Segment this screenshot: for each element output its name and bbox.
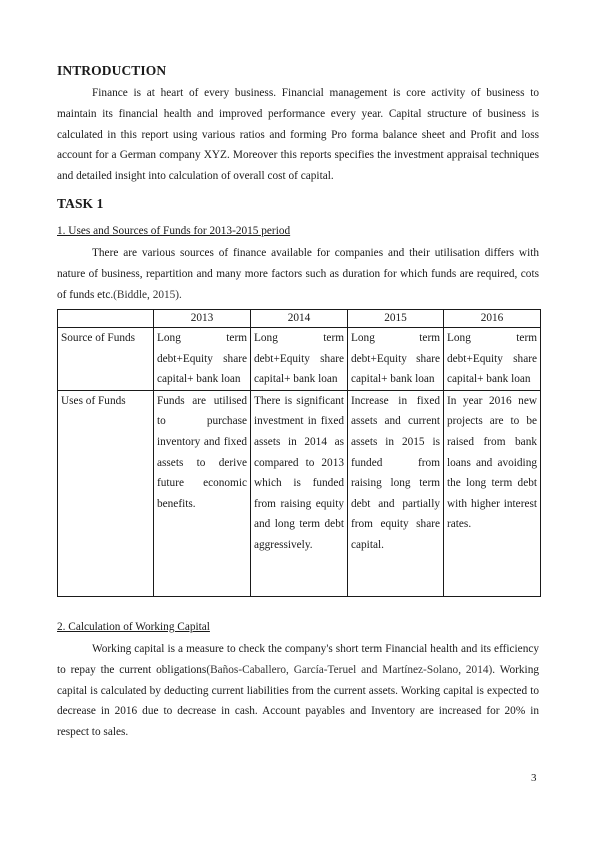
funds-table: 2013 2014 2015 2016 Source of Funds Long…	[57, 309, 541, 597]
introduction-heading: INTRODUCTION	[57, 63, 166, 79]
section1-title: 1. Uses and Sources of Funds for 2013-20…	[57, 225, 290, 237]
table-cell: Long term debt+Equity share capital+ ban…	[444, 328, 541, 391]
table-cell: Long term debt+Equity share capital+ ban…	[154, 328, 251, 391]
row-label: Source of Funds	[58, 328, 154, 391]
table-header-cell	[58, 310, 154, 328]
table-header-cell: 2016	[444, 310, 541, 328]
introduction-paragraph: Finance is at heart of every business. F…	[57, 83, 539, 187]
table-header-cell: 2014	[251, 310, 348, 328]
section2-paragraph: Working capital is a measure to check th…	[57, 639, 539, 743]
table-header-cell: 2015	[348, 310, 444, 328]
citation: (Biddle, 2015).	[113, 289, 182, 301]
table-cell: Long term debt+Equity share capital+ ban…	[251, 328, 348, 391]
table-cell: Increase in fixed assets and current ass…	[348, 390, 444, 596]
table-row: Source of Funds Long term debt+Equity sh…	[58, 328, 541, 391]
table-cell: Funds are utilised to purchase inventory…	[154, 390, 251, 596]
table-cell: There is significant investment in fixed…	[251, 390, 348, 596]
citation: (Baños-Caballero, García-Teruel and Mart…	[206, 664, 492, 676]
row-label: Uses of Funds	[58, 390, 154, 596]
section2-title: 2. Calculation of Working Capital	[57, 621, 210, 633]
table-cell: In year 2016 new projects are to be rais…	[444, 390, 541, 596]
task1-heading: TASK 1	[57, 196, 104, 212]
section1-paragraph: There are various sources of finance ava…	[57, 243, 539, 305]
table-header-cell: 2013	[154, 310, 251, 328]
table-row: Uses of Funds Funds are utilised to purc…	[58, 390, 541, 596]
table-header-row: 2013 2014 2015 2016	[58, 310, 541, 328]
page-number: 3	[531, 772, 537, 784]
table-cell: Long term debt+Equity share capital+ ban…	[348, 328, 444, 391]
